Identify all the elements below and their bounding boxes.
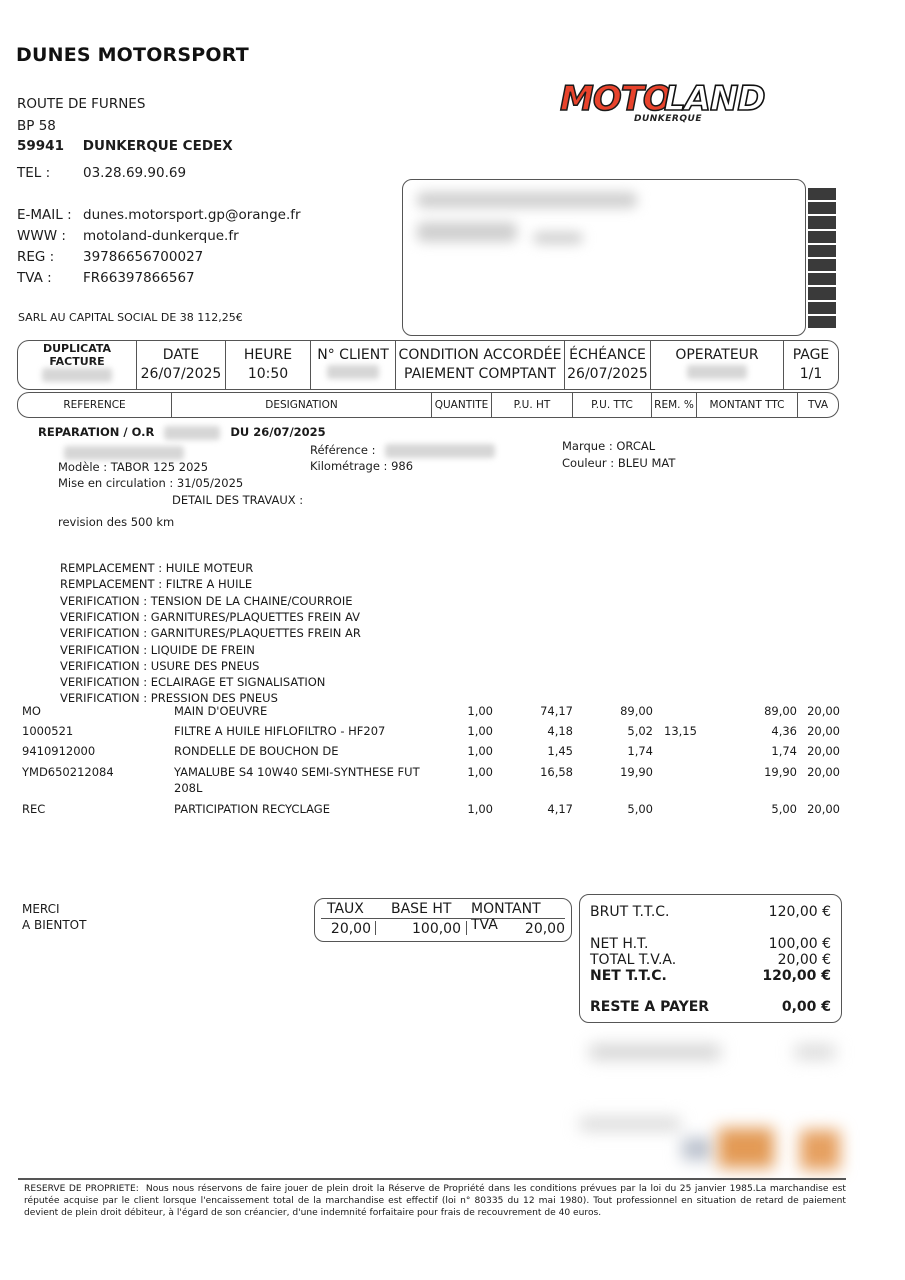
repair-summary: revision des 500 km	[58, 515, 174, 529]
tel-value: 03.28.69.90.69	[83, 165, 186, 181]
reg-value: 39786656700027	[83, 249, 203, 265]
postcode: 59941	[17, 138, 64, 154]
serial-line	[58, 445, 184, 460]
line-pu-ttc: 1,74	[600, 744, 653, 758]
line-designation: RONDELLE DE BOUCHON DE	[174, 744, 339, 758]
repair-title-line: REPARATION / O.R DU 26/07/2025	[38, 425, 326, 440]
line-tva: 20,00	[803, 724, 840, 738]
redacted-reference	[385, 444, 495, 458]
operateur-label: OPERATEUR	[651, 346, 783, 365]
address-line2: BP 58	[17, 118, 56, 134]
line-ref: 9410912000	[22, 744, 95, 758]
company-name: DUNES MOTORSPORT	[16, 44, 249, 66]
doc-type-line2: FACTURE	[18, 355, 136, 368]
tva-summary-box: TAUX BASE HT MONTANT TVA 20,00 100,00 20…	[314, 898, 572, 942]
legal-text: Nous nous réservons de faire jouer de pl…	[24, 1184, 846, 1218]
total-tva-label: TOTAL T.V.A.	[590, 952, 676, 968]
line-quantity: 1,00	[440, 744, 493, 758]
line-quantity: 1,00	[440, 724, 493, 738]
email-value: dunes.motorsport.gp@orange.fr	[83, 207, 301, 223]
redacted-stamp-orange-2	[800, 1130, 840, 1170]
city: DUNKERQUE CEDEX	[83, 138, 233, 154]
redacted-invoice-number	[42, 368, 112, 382]
logo-moto-text: MOTO	[560, 80, 671, 118]
col-tva: TVA	[798, 393, 838, 417]
marque: Marque : ORCAL	[562, 439, 655, 453]
tva-base-label: BASE HT	[391, 901, 451, 917]
brut-ttc-line: BRUT T.T.C. 120,00 €	[590, 904, 831, 920]
redacted-serial	[64, 446, 184, 460]
line-tva: 20,00	[803, 765, 840, 779]
work-item: VERIFICATION : USURE DES PNEUS	[60, 659, 259, 673]
page-cell: PAGE 1/1	[784, 341, 838, 389]
legal-divider	[18, 1178, 846, 1180]
line-pu-ht: 74,17	[520, 704, 573, 718]
redacted-text-1	[590, 1045, 720, 1059]
thank-you-line2: A BIENTOT	[22, 917, 86, 933]
line-pu-ttc: 5,00	[600, 802, 653, 816]
redacted-stamp-blue	[682, 1138, 712, 1160]
line-tva: 20,00	[803, 704, 840, 718]
line-designation: MAIN D'OEUVRE	[174, 704, 267, 718]
mise-en-circulation: Mise en circulation : 31/05/2025	[58, 476, 243, 490]
tva-line: TVA :FR66397866567	[17, 270, 195, 286]
line-designation: FILTRE A HUILE HIFLOFILTRO - HF207	[174, 724, 385, 738]
line-montant-ttc: 5,00	[740, 802, 797, 816]
line-montant-ttc: 89,00	[740, 704, 797, 718]
www-label: WWW :	[17, 228, 83, 244]
total-tva-value: 20,00 €	[778, 952, 831, 968]
work-item: VERIFICATION : ECLAIRAGE ET SIGNALISATIO…	[60, 675, 325, 689]
line-pu-ttc: 19,90	[600, 765, 653, 779]
redacted-text-2	[795, 1045, 835, 1059]
address-city-line: 59941 DUNKERQUE CEDEX	[17, 138, 233, 154]
redacted-stamp-orange-1	[718, 1128, 774, 1168]
tva-taux-label: TAUX	[327, 901, 364, 917]
line-ref: MO	[22, 704, 41, 718]
col-pu-ht: P.U. HT	[492, 393, 573, 417]
doc-type-cell: DUPLICATA FACTURE	[18, 341, 137, 389]
work-item: VERIFICATION : GARNITURES/PLAQUETTES FRE…	[60, 610, 360, 624]
col-pu-ttc: P.U. TTC	[573, 393, 652, 417]
line-quantity: 1,00	[440, 704, 493, 718]
line-pu-ht: 4,18	[520, 724, 573, 738]
thank-you-message: MERCI A BIENTOT	[22, 901, 86, 933]
repair-title: REPARATION / O.R	[38, 425, 154, 439]
modele: Modèle : TABOR 125 2025	[58, 460, 208, 474]
line-quantity: 1,00	[440, 765, 493, 779]
tel-line: TEL :03.28.69.90.69	[17, 165, 186, 181]
echeance-label: ÉCHÉANCE	[565, 346, 650, 365]
tva-montant-value: 20,00	[469, 921, 565, 937]
legal-title: RESERVE DE PROPRIETE:	[24, 1184, 139, 1194]
www-value: motoland-dunkerque.fr	[83, 228, 239, 244]
line-ref: REC	[22, 802, 45, 816]
logo-city-text: DUNKERQUE	[634, 114, 702, 124]
redacted-or-number	[164, 426, 220, 440]
legal-notice: RESERVE DE PROPRIETE: Nous nous réservon…	[24, 1183, 846, 1219]
work-item: REMPLACEMENT : HUILE MOTEUR	[60, 561, 253, 575]
redacted-text-3	[580, 1118, 680, 1130]
work-item: VERIFICATION : TENSION DE LA CHAINE/COUR…	[60, 594, 353, 608]
condition-value: PAIEMENT COMPTANT	[396, 365, 564, 384]
address-line1: ROUTE DE FURNES	[17, 96, 145, 112]
date-value: 26/07/2025	[137, 365, 225, 384]
email-label: E-MAIL :	[17, 207, 83, 223]
work-item: VERIFICATION : LIQUIDE DE FREIN	[60, 643, 255, 657]
reste-a-payer-line: RESTE A PAYER 0,00 €	[590, 999, 831, 1015]
line-ref: YMD650212084	[22, 765, 114, 779]
total-tva-line: TOTAL T.V.A. 20,00 €	[590, 952, 831, 968]
motoland-logo: MOTO LAND DUNKERQUE	[560, 80, 790, 130]
line-tva: 20,00	[803, 744, 840, 758]
line-pu-ht: 4,17	[520, 802, 573, 816]
page-value: 1/1	[784, 365, 838, 384]
line-pu-ttc: 89,00	[600, 704, 653, 718]
reste-a-payer-label: RESTE A PAYER	[590, 999, 709, 1015]
line-quantity: 1,00	[440, 802, 493, 816]
heure-value: 10:50	[226, 365, 310, 384]
redacted-client-number	[327, 365, 379, 379]
line-montant-ttc: 1,74	[740, 744, 797, 758]
reg-label: REG :	[17, 249, 83, 265]
operateur-cell: OPERATEUR	[651, 341, 784, 389]
www-line: WWW :motoland-dunkerque.fr	[17, 228, 239, 244]
page-label: PAGE	[784, 346, 838, 365]
col-designation: DESIGNATION	[172, 393, 432, 417]
reference-label: Référence :	[310, 443, 375, 457]
redacted-client-name	[417, 192, 637, 208]
line-items-column-header: REFERENCE DESIGNATION QUANTITE P.U. HT P…	[17, 392, 839, 418]
line-designation-cont: 208L	[174, 781, 202, 795]
tel-label: TEL :	[17, 165, 83, 181]
tva-taux-value: 20,00	[319, 921, 371, 937]
redacted-client-city	[533, 232, 583, 244]
line-montant-ttc: 19,90	[740, 765, 797, 779]
redacted-operateur	[687, 365, 747, 379]
line-remise: 13,15	[664, 724, 697, 738]
repair-date: DU 26/07/2025	[230, 425, 325, 439]
line-pu-ht: 1,45	[520, 744, 573, 758]
capital-notice: SARL AU CAPITAL SOCIAL DE 38 112,25€	[18, 311, 243, 324]
brut-ttc-label: BRUT T.T.C.	[590, 904, 670, 920]
client-number-label: N° CLIENT	[311, 346, 395, 365]
tva-value: FR66397866567	[83, 270, 195, 286]
heure-cell: HEURE 10:50	[226, 341, 311, 389]
client-address-box	[402, 179, 806, 336]
condition-cell: CONDITION ACCORDÉE PAIEMENT COMPTANT	[396, 341, 565, 389]
line-designation: YAMALUBE S4 10W40 SEMI-SYNTHESE FUT	[174, 765, 420, 779]
heure-label: HEURE	[226, 346, 310, 365]
net-ht-line: NET H.T. 100,00 €	[590, 936, 831, 952]
reg-line: REG :39786656700027	[17, 249, 203, 265]
col-montant-ttc: MONTANT TTC	[697, 393, 798, 417]
work-item: REMPLACEMENT : FILTRE A HUILE	[60, 577, 252, 591]
invoice-header-row: DUPLICATA FACTURE DATE 26/07/2025 HEURE …	[17, 340, 839, 390]
line-pu-ht: 16,58	[520, 765, 573, 779]
col-reference: REFERENCE	[18, 393, 172, 417]
tva-base-value: 100,00	[377, 921, 461, 937]
email-line: E-MAIL :dunes.motorsport.gp@orange.fr	[17, 207, 301, 223]
line-designation: PARTICIPATION RECYCLAGE	[174, 802, 330, 816]
tva-label: TVA :	[17, 270, 83, 286]
net-ttc-value: 120,00 €	[762, 968, 831, 984]
client-number-cell: N° CLIENT	[311, 341, 396, 389]
echeance-cell: ÉCHÉANCE 26/07/2025	[565, 341, 651, 389]
detail-travaux-title: DETAIL DES TRAVAUX :	[172, 493, 303, 507]
kilometrage: Kilométrage : 986	[310, 459, 413, 473]
net-ttc-label: NET T.T.C.	[590, 968, 667, 984]
doc-type-line1: DUPLICATA	[18, 342, 136, 355]
line-pu-ttc: 5,02	[600, 724, 653, 738]
line-ref: 1000521	[22, 724, 73, 738]
line-montant-ttc: 4,36	[740, 724, 797, 738]
condition-label: CONDITION ACCORDÉE	[396, 346, 564, 365]
date-label: DATE	[137, 346, 225, 365]
redacted-client-address	[417, 222, 517, 242]
col-quantite: QUANTITE	[432, 393, 492, 417]
col-rem: REM. %	[652, 393, 697, 417]
net-ht-label: NET H.T.	[590, 936, 648, 952]
reference-line: Référence :	[310, 443, 495, 458]
brut-ttc-value: 120,00 €	[769, 904, 831, 920]
thank-you-line1: MERCI	[22, 901, 86, 917]
totals-box: BRUT T.T.C. 120,00 € NET H.T. 100,00 € T…	[579, 894, 842, 1023]
echeance-value: 26/07/2025	[565, 365, 650, 384]
line-tva: 20,00	[803, 802, 840, 816]
barcode	[808, 188, 836, 328]
work-item: VERIFICATION : GARNITURES/PLAQUETTES FRE…	[60, 626, 361, 640]
net-ht-value: 100,00 €	[769, 936, 831, 952]
logo-land-text: LAND	[664, 80, 765, 118]
net-ttc-line: NET T.T.C. 120,00 €	[590, 968, 831, 984]
couleur: Couleur : BLEU MAT	[562, 456, 675, 470]
reste-a-payer-value: 0,00 €	[782, 999, 831, 1015]
date-cell: DATE 26/07/2025	[137, 341, 226, 389]
